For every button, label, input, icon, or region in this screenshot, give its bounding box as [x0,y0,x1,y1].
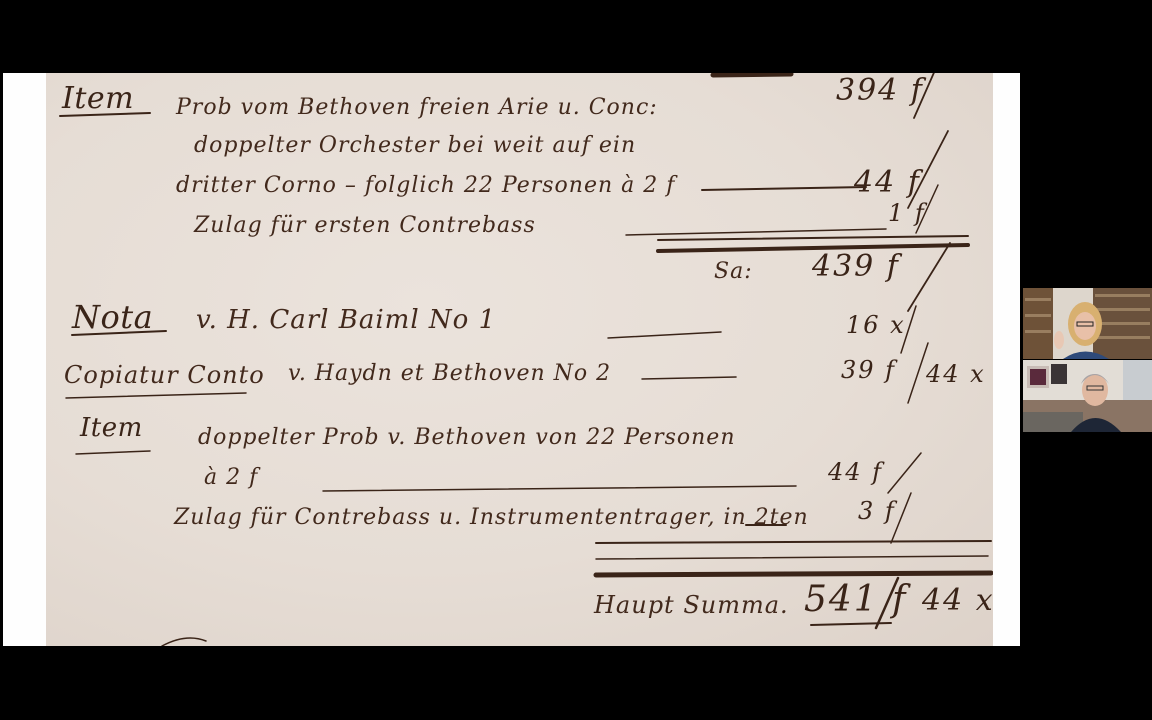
entry-line: dritter Corno – folglich 22 Personen à 2… [176,173,675,198]
amount: 1 f [888,199,926,227]
entry-label-item: Item [62,81,134,116]
amount: 16 x [846,311,906,339]
entry-line: Prob vom Bethoven freien Arie u. Conc: [176,95,658,120]
grand-total-label: Haupt Summa. [594,591,789,619]
amount: 44 f [828,458,883,486]
entry-line: doppelter Prob v. Bethoven von 22 Person… [198,425,735,450]
entry-label-nota: Nota [72,298,153,336]
manuscript-image: Item Prob vom Bethoven freien Arie u. Co… [46,73,993,646]
participant-video-tile[interactable]: Participant 1 [1023,288,1152,359]
amount: 394 f [836,73,924,108]
subtotal-label: Sa: [714,259,753,284]
amount: 3 f [858,497,896,525]
entry-label-item: Item [80,413,143,443]
amount-kreuzer: 44 x [926,360,986,388]
grand-total-florins: 541 f [804,579,907,620]
entry-line: doppelter Orchester bei weit auf ein [194,133,636,158]
amount: 44 f [854,165,921,200]
entry-line: v. H. Carl Baiml No 1 [196,305,496,335]
shared-slide: Item Prob vom Bethoven freien Arie u. Co… [3,73,1020,646]
subtotal-amount: 439 f [812,249,900,284]
entry-line: v. Haydn et Bethoven No 2 [288,361,611,386]
amount: 39 f [841,356,896,384]
grand-total-kreuzer: 44 x [922,583,993,618]
entry-label-copiatur: Copiatur Conto [64,361,265,389]
participant-video-tile[interactable]: Participant 2 [1023,360,1152,432]
entry-line: à 2 f [204,465,258,490]
entry-line: Zulag für ersten Contrebass [194,213,536,238]
entry-line: Zulag für Contrebass u. Instrumententrag… [174,505,809,530]
